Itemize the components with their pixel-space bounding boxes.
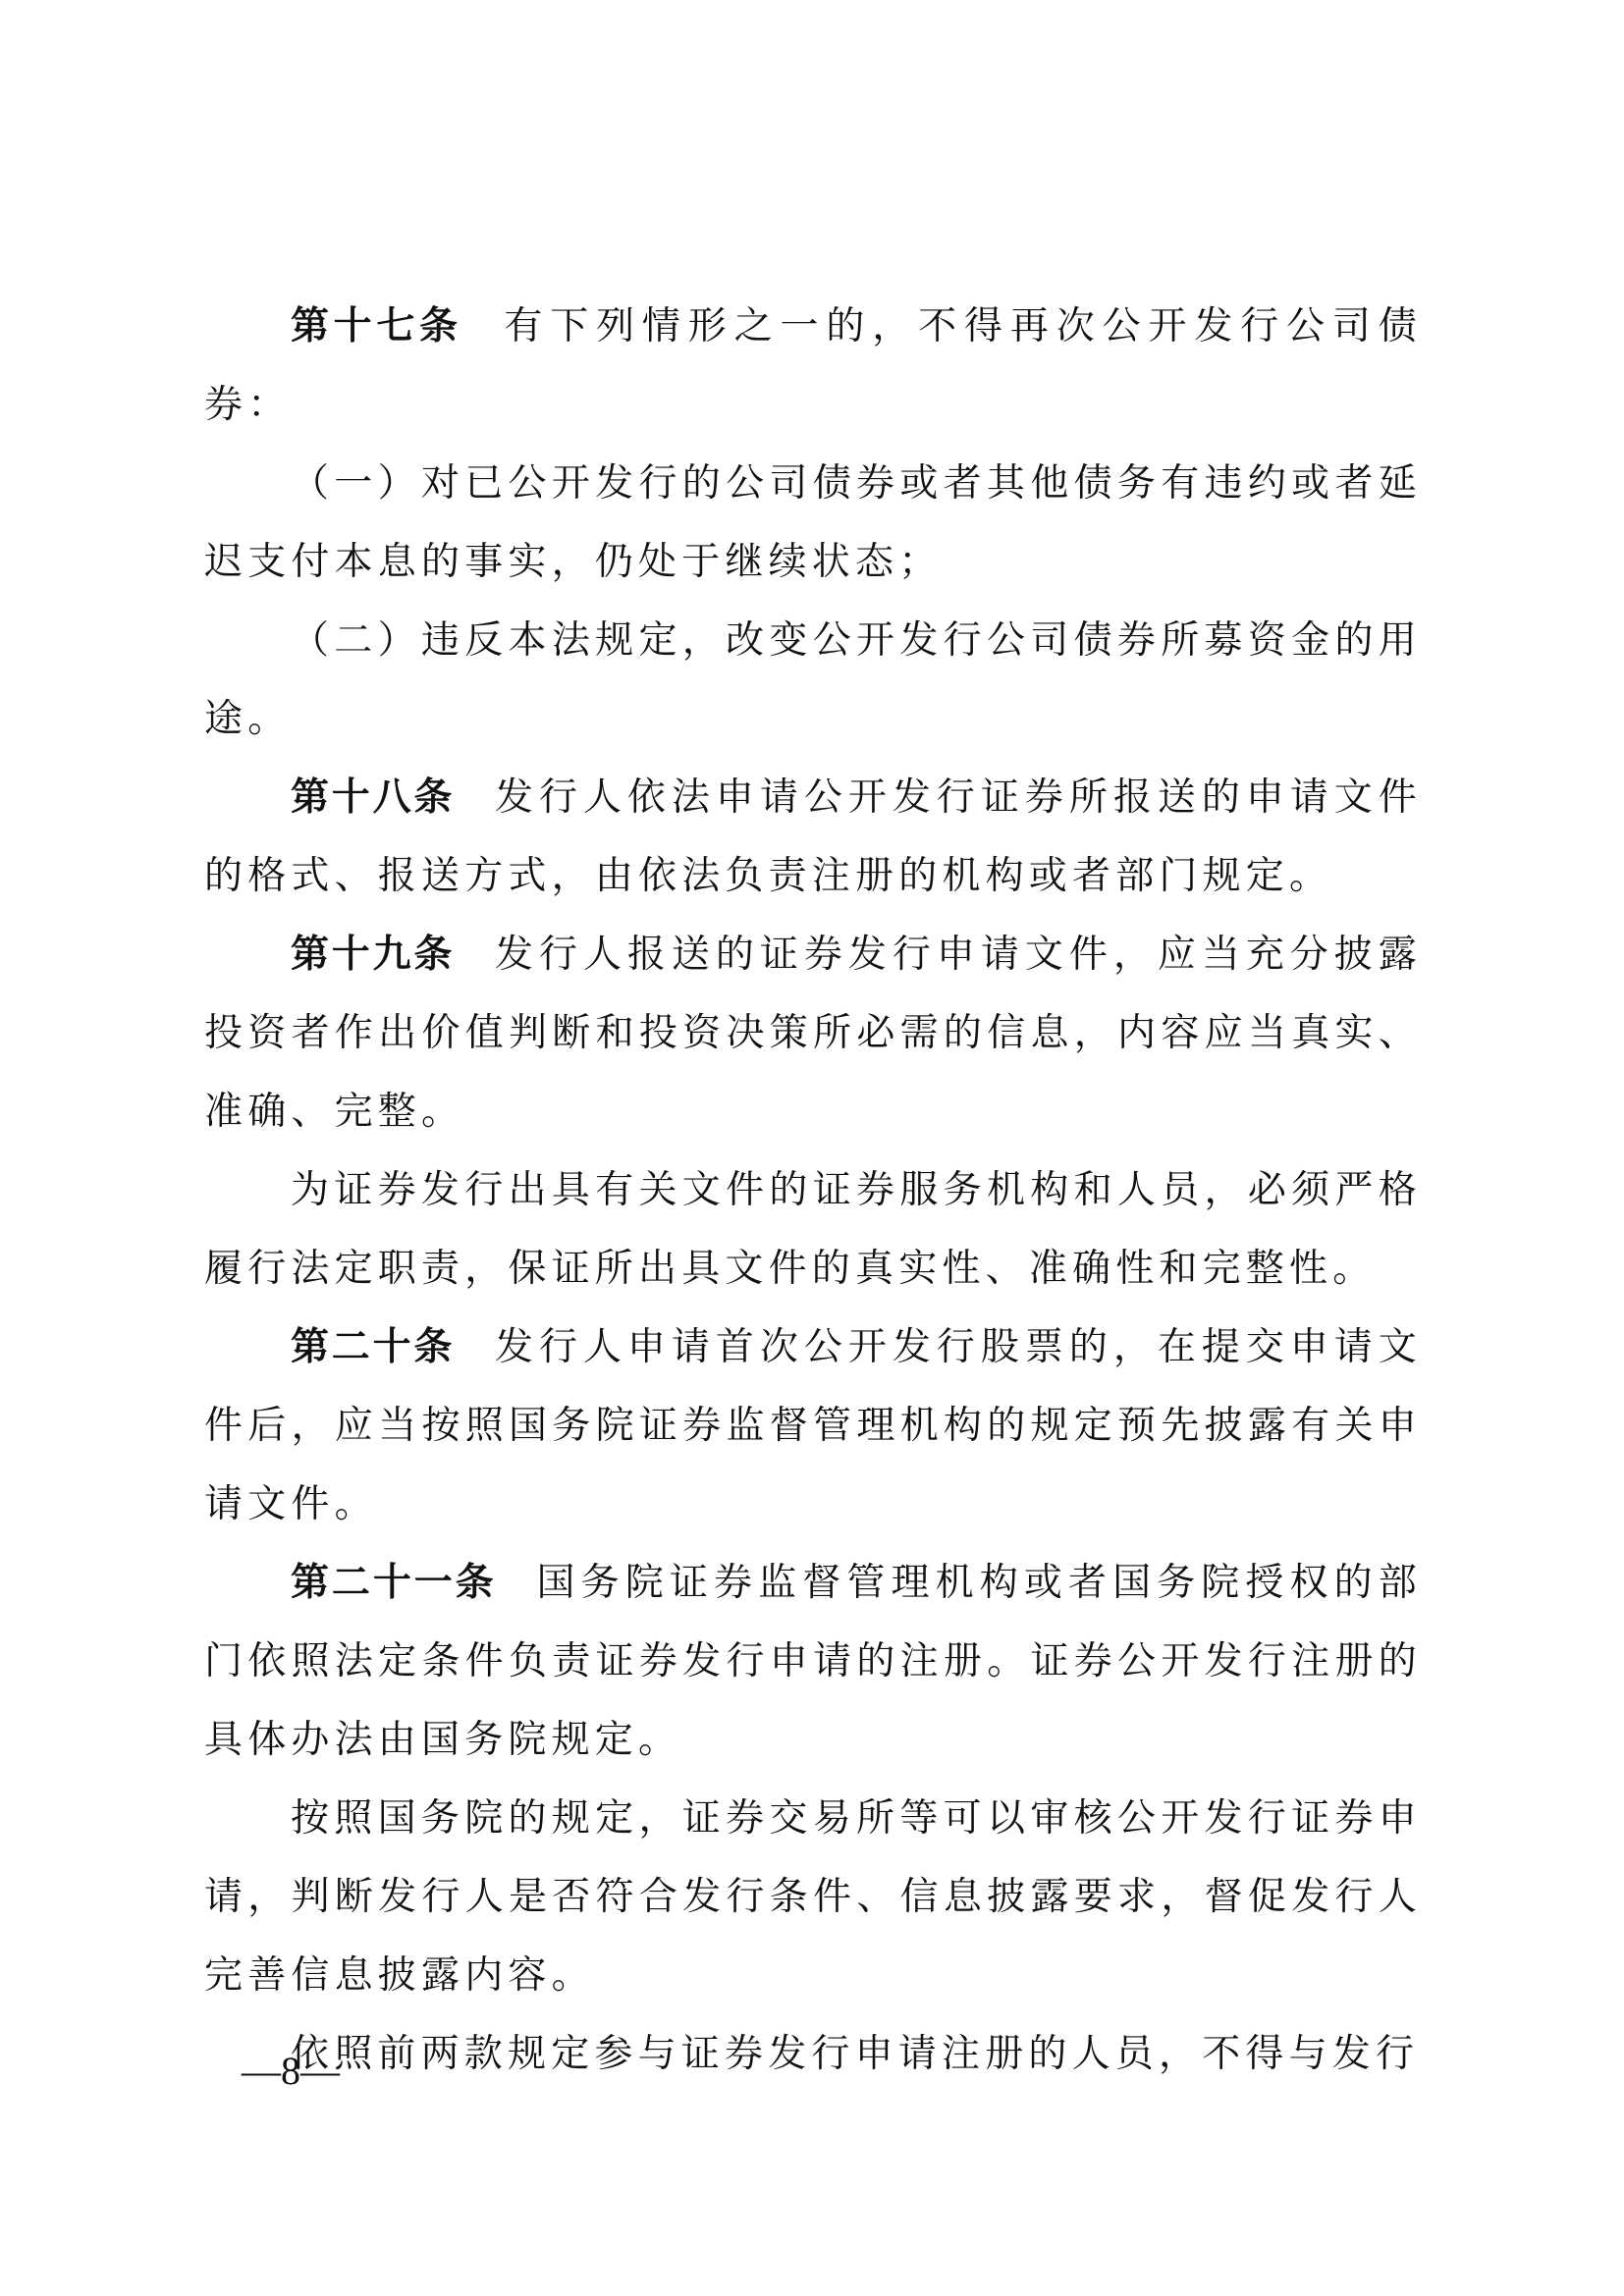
item-text: （二）违反本法规定，改变公开发行公司债券所募资金的用途。 [204,618,1422,741]
article-17-item-2: （二）违反本法规定，改变公开发行公司债券所募资金的用途。 [204,602,1422,759]
page-number: —8— [242,2050,340,2093]
item-text: （一）对已公开发行的公司债券或者其他债务有违约或者延迟支付本息的事实，仍处于继续… [204,461,1422,584]
article-17-paragraph: 第十七条有下列情形之一的，不得再次公开发行公司债券： [204,288,1422,445]
article-18-paragraph: 第十八条发行人依法申请公开发行证券所报送的申请文件的格式、报送方式，由依法负责注… [204,759,1422,916]
article-number: 第十七条 [291,304,462,348]
article-19-paragraph: 第十九条发行人报送的证券发行申请文件，应当充分披露投资者作出价值判断和投资决策所… [204,916,1422,1151]
article-17-item-1: （一）对已公开发行的公司债券或者其他债务有违约或者延迟支付本息的事实，仍处于继续… [204,445,1422,602]
article-20-paragraph: 第二十条发行人申请首次公开发行股票的，在提交申请文件后，应当按照国务院证券监督管… [204,1308,1422,1544]
article-number: 第十九条 [291,933,455,977]
article-number: 第二十一条 [291,1561,497,1605]
clause-text: 依照前两款规定参与证券发行申请注册的人员，不得与发行 [291,2032,1419,2076]
document-body: 第十七条有下列情形之一的，不得再次公开发行公司债券： （一）对已公开发行的公司债… [204,288,1422,2094]
clause-text: 按照国务院的规定，证券交易所等可以审核公开发行证券申请，判断发行人是否符合发行条… [204,1796,1422,1998]
clause-text: 为证券发行出具有关文件的证券服务机构和人员，必须严格履行法定职责，保证所出具文件… [204,1168,1422,1291]
article-21-clause-2: 按照国务院的规定，证券交易所等可以审核公开发行证券申请，判断发行人是否符合发行条… [204,1780,1422,2015]
article-19-clause-2: 为证券发行出具有关文件的证券服务机构和人员，必须严格履行法定职责，保证所出具文件… [204,1151,1422,1308]
article-21-clause-3: 依照前两款规定参与证券发行申请注册的人员，不得与发行 [204,2015,1422,2094]
article-number: 第十八条 [291,775,455,820]
article-21-paragraph: 第二十一条国务院证券监督管理机构或者国务院授权的部门依照法定条件负责证券发行申请… [204,1544,1422,1780]
article-number: 第二十条 [291,1325,455,1369]
